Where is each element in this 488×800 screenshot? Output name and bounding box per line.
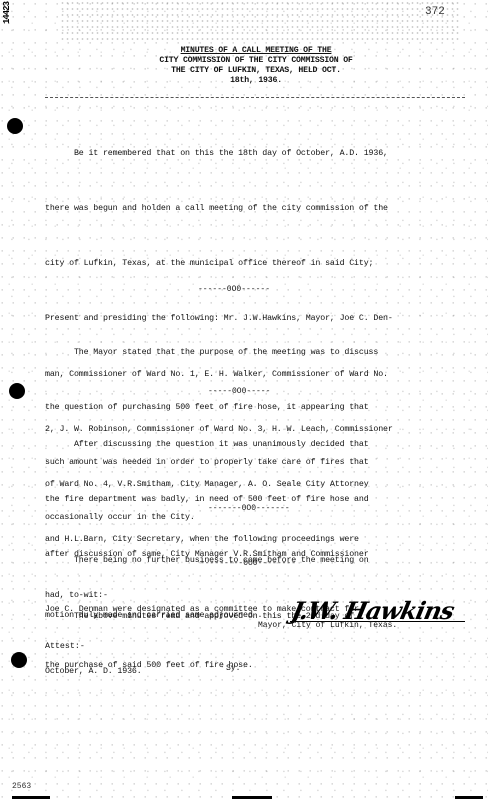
- scan-edge: [12, 796, 50, 799]
- text-line: After discussing the question it was una…: [45, 436, 465, 454]
- scan-edge: [232, 796, 272, 799]
- margin-stamp: 14423: [2, 2, 16, 24]
- section-separator: ---------0O0--------: [200, 559, 296, 568]
- text-line: there was begun and holden a call meetin…: [45, 200, 465, 218]
- section-separator: -------0O0-------: [208, 504, 290, 513]
- punch-hole-icon: [11, 652, 27, 668]
- document-title: MINUTES OF A CALL MEETING OF THE CITY CO…: [140, 46, 372, 86]
- document-page: 14423 372 MINUTES OF A CALL MEETING OF T…: [0, 0, 488, 800]
- title-line: THE CITY OF LUFKIN, TEXAS, HELD OCT.: [140, 66, 372, 76]
- section-separator: ------0O0------: [198, 285, 270, 294]
- punch-hole-icon: [9, 383, 25, 399]
- page-number: 372: [425, 6, 445, 18]
- text-line: October, A. D. 1936.: [45, 663, 465, 681]
- text-line: Be it remembered that on this the 18th d…: [45, 145, 465, 163]
- text-line: The Mayor stated that the purpose of the…: [45, 344, 465, 362]
- text-line: city of Lufkin, Texas, at the municipal …: [45, 255, 465, 273]
- title-line: CITY COMMISSION OF THE CITY COMMISSION O…: [140, 56, 372, 66]
- title-line: 18th, 1936.: [140, 76, 372, 86]
- bottom-mark: 2563: [12, 782, 31, 791]
- scan-edge: [455, 796, 483, 799]
- scan-noise: [60, 0, 460, 40]
- attest-label: Attest:-: [45, 642, 85, 651]
- title-divider: [45, 97, 465, 98]
- signature-caption: Mayor, City of Lufkin, Texas.: [258, 621, 397, 630]
- title-line: MINUTES OF A CALL MEETING OF THE: [140, 46, 372, 56]
- punch-hole-icon: [7, 118, 23, 134]
- paragraph-approval: The above minutes read and approved on t…: [45, 571, 465, 718]
- attest-mark: Sy.: [226, 664, 240, 673]
- section-separator: -----0O0-----: [208, 387, 270, 396]
